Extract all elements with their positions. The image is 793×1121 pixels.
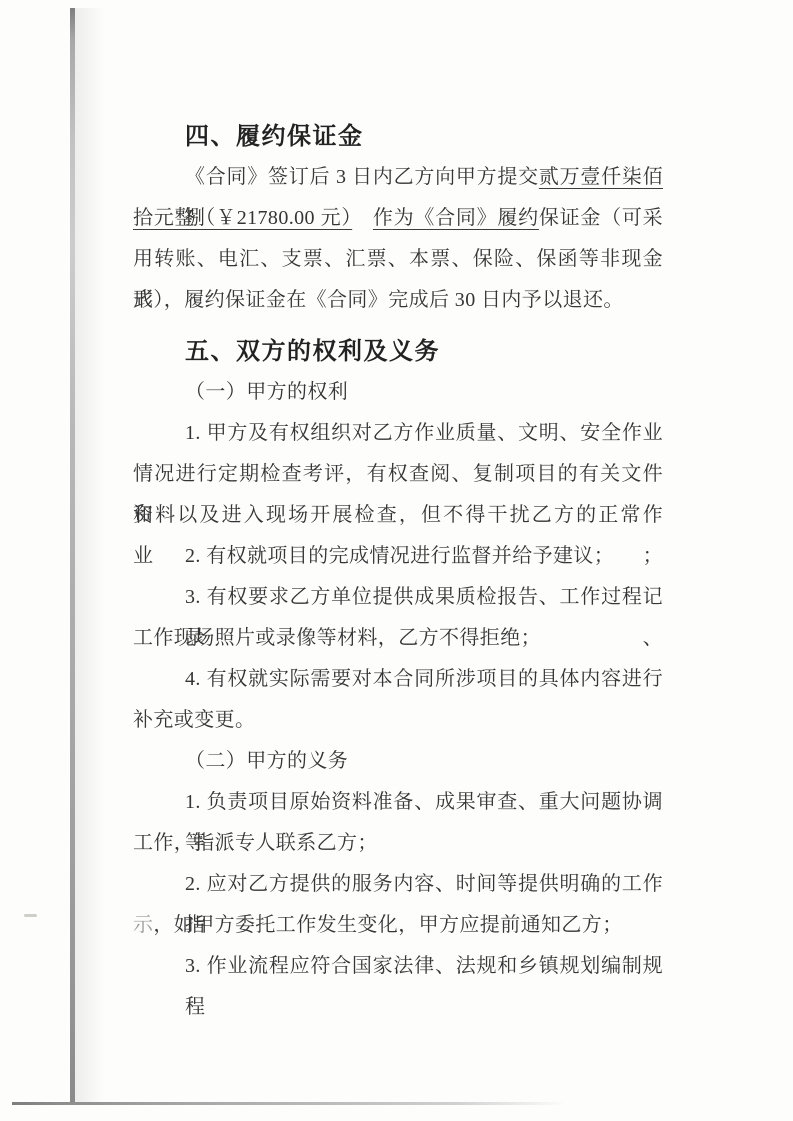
text-segment <box>352 207 373 229</box>
document-body: 四、履约保证金《合同》签订后 3 日内乙方向甲方提交贰万壹仟柒佰捌拾元整（￥21… <box>133 116 663 987</box>
document-line: 2. 应对乙方提供的服务内容、时间等提供明确的工作指 <box>133 864 663 905</box>
text-segment: 式），履约保证金在《合同》完成后 30 日内予以退还。 <box>133 289 624 311</box>
section-heading: 四、履约保证金 <box>133 116 663 157</box>
scan-bottom-edge-line <box>12 1102 566 1105</box>
document-line: 3. 有权要求乙方单位提供成果质检报告、工作过程记录、 <box>133 577 663 618</box>
text-segment: 2. 有权就项目的完成情况进行监督并给予建议； <box>185 545 614 567</box>
document-line: 补充或变更。 <box>133 700 663 741</box>
document-line: 工作，指派专人联系乙方； <box>133 823 663 864</box>
document-line: 情况进行定期检查考评，有权查阅、复制项目的有关文件和 <box>133 454 663 495</box>
section-heading: 五、双方的权利及义务 <box>133 331 663 372</box>
scan-shadow-band <box>75 8 105 1105</box>
text-segment: 示 <box>133 914 153 936</box>
underlined-text: 拾元整（￥21780.00 元） <box>133 207 352 229</box>
text-segment: 补充或变更。 <box>133 709 255 731</box>
text-segment: 《合同》签订后 3 日内乙方向甲方提交 <box>185 166 539 188</box>
document-line: 用转账、电汇、支票、汇票、本票、保险、保函等非现金形 <box>133 239 663 280</box>
document-line: 1. 甲方及有权组织对乙方作业质量、文明、安全作业 <box>133 413 663 454</box>
text-segment: （一）甲方的权利 <box>185 381 348 403</box>
document-line: 1. 负责项目原始资料准备、成果审查、重大问题协调等 <box>133 782 663 823</box>
text-segment: 工作，指派专人联系乙方； <box>133 832 378 854</box>
text-segment: 四、履约保证金 <box>185 123 364 150</box>
underlined-text: 作为《合同》履约 <box>373 207 539 229</box>
document-line: （一）甲方的权利 <box>133 372 663 413</box>
text-segment: 1. 甲方及有权组织对乙方作业质量、文明、安全作业 <box>185 422 663 444</box>
scanned-contract-page: 四、履约保证金《合同》签订后 3 日内乙方向甲方提交贰万壹仟柒佰捌拾元整（￥21… <box>0 0 793 1121</box>
document-line: 拾元整（￥21780.00 元） 作为《合同》履约保证金（可采 <box>133 198 663 239</box>
text-segment: （二）甲方的义务 <box>185 750 348 772</box>
document-line: 4. 有权就实际需要对本合同所涉项目的具体内容进行 <box>133 659 663 700</box>
document-line: 2. 有权就项目的完成情况进行监督并给予建议； <box>133 536 663 577</box>
document-line: 《合同》签订后 3 日内乙方向甲方提交贰万壹仟柒佰捌 <box>133 157 663 198</box>
text-segment: 五、双方的权利及义务 <box>185 338 440 365</box>
document-line: 式），履约保证金在《合同》完成后 30 日内予以退还。 <box>133 280 663 321</box>
document-line: （二）甲方的义务 <box>133 741 663 782</box>
text-segment: 工作现场照片或录像等材料，乙方不得拒绝； <box>133 627 541 649</box>
text-segment: 4. 有权就实际需要对本合同所涉项目的具体内容进行 <box>185 668 663 690</box>
document-line: 3. 作业流程应符合国家法律、法规和乡镇规划编制规程 <box>133 946 663 987</box>
text-segment: ，如甲方委托工作发生变化，甲方应提前通知乙方； <box>153 914 622 936</box>
text-segment: 保证金（可采 <box>539 207 663 229</box>
text-segment: 3. 作业流程应符合国家法律、法规和乡镇规划编制规程 <box>185 955 663 1018</box>
scan-speck <box>24 914 37 917</box>
document-line: 示，如甲方委托工作发生变化，甲方应提前通知乙方； <box>133 905 663 946</box>
document-line: 资料以及进入现场开展检查，但不得干扰乙方的正常作业； <box>133 495 663 536</box>
